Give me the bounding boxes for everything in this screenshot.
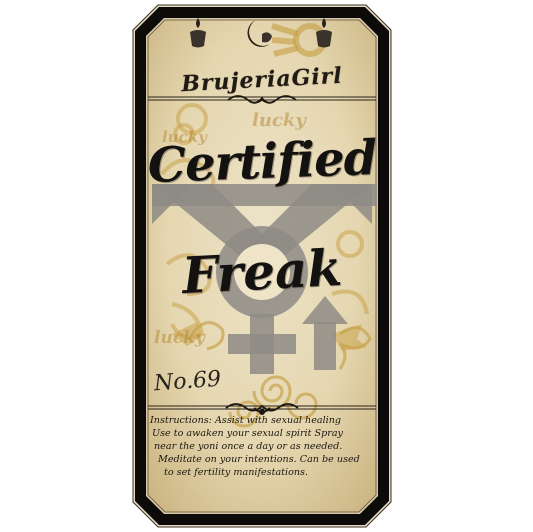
- candle-icon: [187, 16, 209, 50]
- watermark-lucky: lucky: [154, 328, 205, 348]
- title-line-certified: Certified: [131, 129, 393, 194]
- ornamental-flourish-icon: [226, 90, 298, 108]
- instructions-line: Instructions: Assist with sexual healing: [150, 414, 376, 427]
- instructions-line: near the yoni once a day or as needed.: [150, 440, 376, 453]
- label-number: No.69: [153, 367, 222, 397]
- instructions-line: Meditate on your intentions. Can be used: [150, 453, 376, 466]
- apothecary-label: BrujeriaGirl lucky lucky lucky Certified…: [132, 4, 392, 528]
- instructions-line: to set fertility manifestations.: [150, 466, 376, 479]
- crescent-moon-icon: [244, 16, 280, 52]
- title-line-freak: Freak: [131, 235, 394, 308]
- instructions-line: Use to awaken your sexual spirit Spray: [150, 427, 376, 440]
- instructions-text: Instructions: Assist with sexual healing…: [150, 414, 376, 479]
- watermark-lucky: lucky: [252, 110, 306, 131]
- candle-icon: [313, 16, 335, 50]
